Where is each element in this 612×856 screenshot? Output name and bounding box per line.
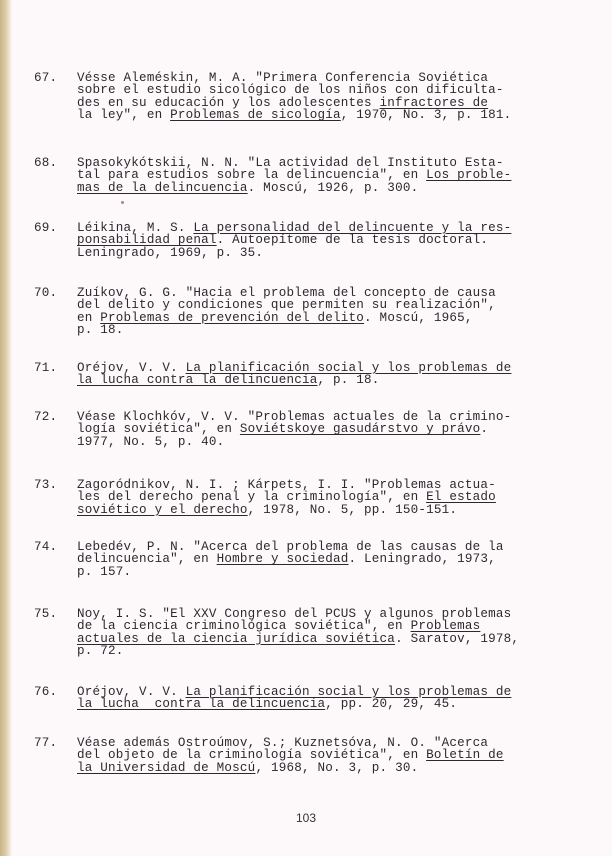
- entry-line: mas de la delincuencia. Moscú, 1926, p. …: [77, 182, 594, 194]
- entry-line: p. 157.: [77, 566, 594, 578]
- entry-line: actuales de la ciencia jurídica soviétic…: [77, 633, 594, 645]
- bibliography-entry: 72.Véase Klochkóv, V. V. "Problemas actu…: [34, 411, 594, 448]
- underlined-title: la lucha contra la delincuencia: [77, 373, 317, 387]
- entry-line: Leningrado, 1969, p. 35.: [77, 247, 594, 259]
- entry-text: p. 18.: [77, 323, 124, 337]
- bibliography-entry: 77.Véase además Ostroúmov, S.; Kuznetsóv…: [34, 737, 594, 774]
- entry-line: p. 72.: [77, 645, 594, 657]
- page-binding-edge: [0, 0, 12, 856]
- entry-text: 1977, No. 5, p. 40.: [77, 435, 224, 449]
- entry-text: p. 157.: [77, 565, 131, 579]
- underlined-title: mas de la delincuencia: [77, 181, 248, 195]
- underlined-title: Hombre y sociedad: [217, 552, 349, 566]
- underlined-title: soviético y el derecho: [77, 503, 248, 517]
- underlined-title: Soviétskoye gasudárstvo y právo: [240, 422, 480, 436]
- entry-text: , 1970, No. 3, p. 181.: [341, 108, 512, 122]
- underlined-title: Problemas de prevención del delito: [100, 311, 364, 325]
- entry-line: 1977, No. 5, p. 40.: [77, 436, 594, 448]
- entry-line: en Problemas de prevención del delito. M…: [77, 312, 594, 324]
- entry-number: 72.: [34, 411, 74, 423]
- entry-text: p. 72.: [77, 644, 124, 658]
- entry-text: , 1968, No. 3, p. 30.: [255, 761, 418, 775]
- bibliography-entry: 75.Noy, I. S. "El XXV Congreso del PCUS …: [34, 608, 594, 658]
- bibliography-entry: 68.Spasokykótskii, N. N. "La actividad d…: [34, 157, 594, 194]
- entry-text: la ley", en: [77, 108, 170, 122]
- bibliography-entry: 70.Zuíkov, G. G. "Hacia el problema del …: [34, 287, 594, 337]
- entry-line: soviético y el derecho, 1978, No. 5, pp.…: [77, 504, 594, 516]
- entry-text: , 1978, No. 5, pp. 150-151.: [248, 503, 457, 517]
- bibliography-entry: 71.Oréjov, V. V. La planificación social…: [34, 362, 594, 387]
- underlined-title: la Universidad de Moscú: [77, 761, 255, 775]
- bibliography-entry: 74.Lebedév, P. N. "Acerca del problema d…: [34, 541, 594, 578]
- entry-number: 77.: [34, 737, 74, 749]
- underlined-title: actuales de la ciencia jurídica soviétic…: [77, 632, 395, 646]
- underlined-title: Problemas de sicología: [170, 108, 341, 122]
- entry-number: 67.: [34, 72, 74, 84]
- entry-line: la Universidad de Moscú, 1968, No. 3, p.…: [77, 762, 594, 774]
- entry-number: 76.: [34, 686, 74, 698]
- entry-line: la lucha contra la delincuencia, p. 18.: [77, 374, 594, 386]
- underlined-title: la lucha contra la delincuencia: [77, 697, 325, 711]
- entry-text: , pp. 20, 29, 45.: [325, 697, 457, 711]
- entry-number: 70.: [34, 287, 74, 299]
- entry-number: 73.: [34, 479, 74, 491]
- entry-line: delincuencia", en Hombre y sociedad. Len…: [77, 553, 594, 565]
- entry-number: 71.: [34, 362, 74, 374]
- entry-number: 75.: [34, 608, 74, 620]
- entry-number: 74.: [34, 541, 74, 553]
- entry-line: p. 18.: [77, 324, 594, 336]
- bibliography-entry: 76.Oréjov, V. V. La planificación social…: [34, 686, 594, 711]
- underlined-title: Boletín de: [426, 748, 504, 762]
- entry-text: . Leningrado, 1973,: [349, 552, 496, 566]
- underlined-title: Los proble-: [426, 168, 511, 182]
- entry-text: . Moscú, 1926, p. 300.: [248, 181, 419, 195]
- entry-text: Leningrado, 1969, p. 35.: [77, 246, 263, 260]
- entry-text: . Saratov, 1978,: [395, 632, 519, 646]
- entry-line: la lucha contra la delincuencia, pp. 20,…: [77, 698, 594, 710]
- entry-number: 68.: [34, 157, 74, 169]
- entry-number: 69.: [34, 222, 74, 234]
- document-page: 67.Vésse Aleméskin, M. A. "Primera Confe…: [0, 0, 612, 856]
- bibliography-entry: 67.Vésse Aleméskin, M. A. "Primera Confe…: [34, 72, 594, 122]
- entry-text: .: [480, 422, 488, 436]
- entry-text: . Moscú, 1965,: [364, 311, 473, 325]
- bibliography-entry: 69.Léikina, M. S. La personalidad del de…: [34, 222, 594, 259]
- entry-line: la ley", en Problemas de sicología, 1970…: [77, 109, 594, 121]
- bibliography-entry: 73.Zagoródnikov, N. I. ; Kárpets, I. I. …: [34, 479, 594, 516]
- paper-speck: [121, 201, 124, 204]
- page-number: 103: [0, 811, 612, 825]
- entry-text: , p. 18.: [317, 373, 379, 387]
